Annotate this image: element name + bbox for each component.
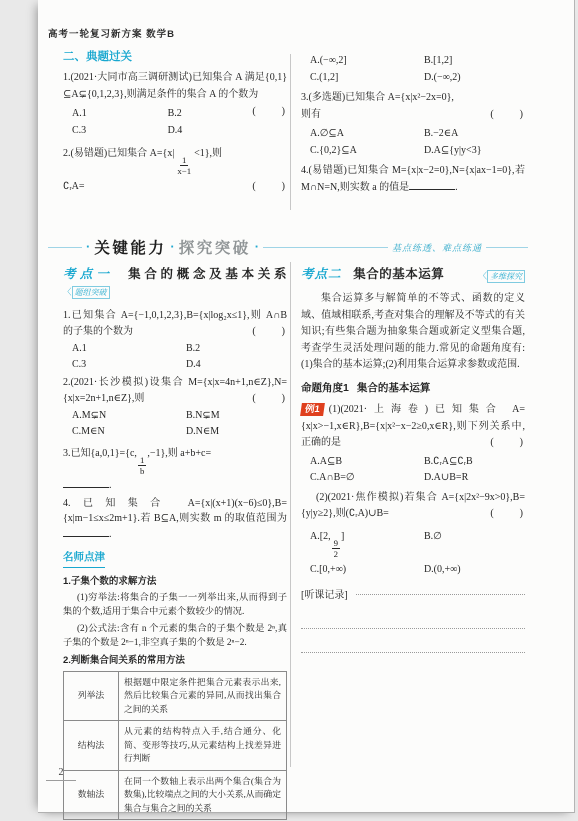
kd1-question-3-answer-line: . xyxy=(63,478,287,494)
listening-notes-row: [听课记录] xyxy=(301,588,525,605)
option-d: D.(0,+∞) xyxy=(424,562,525,579)
option-b: B.2 xyxy=(186,341,287,357)
option-d: D.4 xyxy=(168,122,253,139)
kaodian1-title: 集合的概念及基本关系 xyxy=(128,267,287,281)
answer-paren: ( ) xyxy=(252,178,287,195)
question-1-text: 1.(2021·大同市高三调研测试)已知集合 A 满足{0,1}⊆A⊊{0,1,… xyxy=(63,72,287,100)
fraction-denominator: b xyxy=(138,466,146,476)
answer-blank xyxy=(63,527,109,537)
band-line-middle xyxy=(263,247,388,248)
question-3-options: A.∅⊆A B.−2∈A C.{0,2}⊆A D.A⊆{y|y<3} xyxy=(301,125,525,159)
section1-title: 二、典题过关 xyxy=(63,50,287,64)
kd1-question-1-options: A.1 B.2 C.3 D.4 xyxy=(63,341,287,372)
question-3-line1: 3.(多选题)已知集合 A={x|x²−2x=0}, xyxy=(301,92,454,103)
notes-dotted-line xyxy=(301,652,525,653)
example-badge: 例1 xyxy=(300,403,325,416)
option-d: D.4 xyxy=(186,357,287,373)
band-tagline: 基点练透、难点练通 xyxy=(392,241,482,254)
fraction: 1b xyxy=(138,455,146,476)
mingshi-heading-1: 1.子集个数的求解方法 xyxy=(63,574,287,589)
set-open: {x| xyxy=(163,148,175,159)
band-line-left xyxy=(48,247,82,248)
answer-paren: ( ) xyxy=(490,435,525,452)
kaodian1-label: 考点一 xyxy=(63,267,113,281)
answer-paren: ( ) xyxy=(252,391,287,407)
option-a: A.1 xyxy=(72,341,186,357)
kaodian1-column: 考点一 集合的概念及基本关系 〈题组突破 1.已知集合 A={−1,0,1,2,… xyxy=(63,266,287,820)
question-3: 3.(多选题)已知集合 A={x|x²−2x=0}, 则有 ( ) xyxy=(301,89,525,123)
kaodian2-intro: 集合运算多与解简单的不等式、函数的定义域、值域相联系,考查对集合的理解及不等式的… xyxy=(301,291,525,374)
option-a: A.A⊆B xyxy=(310,454,424,471)
option-c: C.[0,+∞) xyxy=(310,562,424,579)
option-b: B.−2∈A xyxy=(424,125,525,142)
complement-expression: ∁ᵣA= xyxy=(63,181,85,192)
question-2-options: A.(−∞,2] B.[1,2] C.(1,2] D.(−∞,2) xyxy=(301,52,525,86)
method-name: 结构法 xyxy=(64,721,119,771)
mingti-angle-heading: 命题角度1集合的基本运算 xyxy=(301,380,525,397)
band-dot: · xyxy=(255,242,259,252)
period: . xyxy=(109,529,112,540)
section1-right-column: A.(−∞,2] B.[1,2] C.(1,2] D.(−∞,2) 3.(多选题… xyxy=(301,52,525,198)
question-2-pre: 2.(易错题)已知集合 A= xyxy=(63,148,163,159)
question-2: 2.(易错题)已知集合 A={x|1x−1<1},则 xyxy=(63,142,287,176)
table-row: 数轴法 在同一个数轴上表示出两个集合(集合为数集),比较端点之间的大小关系,从而… xyxy=(64,770,287,820)
question-1: 1.(2021·大同市高三调研测试)已知集合 A 满足{0,1}⊆A⊊{0,1,… xyxy=(63,69,287,103)
option-b: B.[1,2] xyxy=(424,52,525,69)
section-band: · 关键能力 · 探究突破 · 基点练透、难点练通 xyxy=(48,236,528,258)
kd1-question-4: 4.已知集合 A={x|(x+1)(x−6)≤0},B={x|m−1≤x≤2m+… xyxy=(63,496,287,543)
band-dot: · xyxy=(170,242,174,252)
page-number: 2 xyxy=(46,767,76,781)
method-desc: 根据题中限定条件把集合元素表示出来,然后比较集合元素的异同,从而找出集合之间的关… xyxy=(119,671,287,721)
angle-label: 命题角度1 xyxy=(301,382,349,394)
option-c: C.3 xyxy=(72,122,168,139)
example-1-part1: 例1(1)(2021·上海卷)已知集合 A={x|x>−1,x∈R},B={x|… xyxy=(301,402,525,452)
fraction-numerator: 1 xyxy=(138,455,146,466)
kd1-question-1: 1.已知集合 A={−1,0,1,2,3},B={x|log₂x≤1},则 A∩… xyxy=(63,308,287,339)
answer-paren: ( ) xyxy=(490,106,525,123)
page-header: 高考一轮复习新方案 数学B xyxy=(48,26,175,40)
kaodian2-badge: 〈多维探究 xyxy=(478,268,525,285)
kd1-question-2-options: A.M⊊N B.N⊊M C.M∈N D.N∈M xyxy=(63,408,287,439)
method-desc: 从元素的结构特点入手,结合通分、化简、变形等技巧,从元素结构上找差异进行判断 xyxy=(119,721,287,771)
fraction: 1x−1 xyxy=(175,155,193,176)
option-d: D.N∈M xyxy=(186,424,287,440)
answer-paren: ( ) xyxy=(252,103,287,120)
answer-blank xyxy=(63,478,109,488)
option-b: B.∁ᵣA⊆∁ᵣB xyxy=(424,454,525,471)
mingshi-heading-2: 2.判断集合间关系的常用方法 xyxy=(63,653,287,668)
question-2-post: <1},则 xyxy=(194,148,222,159)
column-divider-top xyxy=(290,54,291,210)
option-a: A.1 xyxy=(72,105,168,122)
period: . xyxy=(455,182,458,193)
badge-angle-icon: 〈 xyxy=(478,271,487,281)
period: . xyxy=(109,480,112,491)
option-c: C.{0,2}⊆A xyxy=(310,142,424,159)
option-c: C.M∈N xyxy=(72,424,186,440)
listening-label: [听课记录] xyxy=(301,588,348,605)
section1-left-column: 二、典题过关 1.(2021·大同市高三调研测试)已知集合 A 满足{0,1}⊆… xyxy=(63,50,287,197)
option-d: D.(−∞,2) xyxy=(424,69,525,86)
method-desc: 在同一个数轴上表示出两个集合(集合为数集),比较端点之间的大小关系,从而确定集合… xyxy=(119,770,287,820)
table-row: 列举法 根据题中限定条件把集合元素表示出来,然后比较集合元素的异同,从而找出集合… xyxy=(64,671,287,721)
option-b: B.∅ xyxy=(424,525,525,559)
band-title-sub: 探究突破 xyxy=(179,236,251,258)
kaodian2-header: 〈多维探究 考点二 集合的基本运算 xyxy=(301,266,525,284)
option-a: A.∅⊆A xyxy=(310,125,424,142)
option-b: B.2 xyxy=(168,105,253,122)
fraction-numerator: 1 xyxy=(180,155,188,166)
answer-paren: ( ) xyxy=(252,324,287,340)
question-4: 4.(易错题)已知集合 M={x|x−2=0},N={x|ax−1=0},若 M… xyxy=(301,162,525,196)
mingshi-block: 名师点津 1.子集个数的求解方法 (1)穷举法:将集合的子集一一列举出来,从而得… xyxy=(63,544,287,820)
method-name: 列举法 xyxy=(64,671,119,721)
option-c: C.A∩B=∅ xyxy=(310,470,424,487)
notes-dotted-line xyxy=(356,594,525,595)
fraction: 92 xyxy=(332,538,340,559)
option-a: A.M⊊N xyxy=(72,408,186,424)
option-d: D.A∪B=R xyxy=(424,470,525,487)
option-c: C.3 xyxy=(72,357,186,373)
kd1-question-2: 2.(2021·长沙模拟)设集合 M={x|x=4n+1,n∈Z},N={x|x… xyxy=(63,375,287,406)
mingshi-title: 名师点津 xyxy=(63,550,105,568)
option-a: A.[2,92] xyxy=(310,525,424,559)
option-b: B.N⊊M xyxy=(186,408,287,424)
textbook-page: 高考一轮复习新方案 数学B 二、典题过关 1.(2021·大同市高三调研测试)已… xyxy=(38,0,575,813)
column-divider-bottom xyxy=(290,262,291,767)
option-c: C.(1,2] xyxy=(310,69,424,86)
mingshi-paragraph-2: (2)公式法:含有 n 个元素的集合的子集个数是 2ⁿ,真子集的个数是 2ⁿ−1… xyxy=(63,622,287,651)
kaodian1-header: 考点一 集合的概念及基本关系 〈题组突破 xyxy=(63,266,287,301)
fraction-denominator: x−1 xyxy=(175,166,193,176)
example-part1-options: A.A⊆B B.∁ᵣA⊆∁ᵣB C.A∩B=∅ D.A∪B=R xyxy=(301,454,525,487)
example-part2-options-row1: A.[2,92] B.∅ xyxy=(301,525,525,559)
mingshi-paragraph-1: (1)穷举法:将集合的子集一一列举出来,从而得到子集的个数,适用于集合中元素个数… xyxy=(63,591,287,620)
badge-angle-icon: 〈 xyxy=(63,287,72,297)
angle-title: 集合的基本运算 xyxy=(357,382,431,394)
set-open: {c, xyxy=(125,448,137,459)
notes-dotted-line xyxy=(301,628,525,629)
option-a: A.(−∞,2] xyxy=(310,52,424,69)
kaodian2-title: 集合的基本运算 xyxy=(353,267,444,281)
example-part2-options-row2: C.[0,+∞) D.(0,+∞) xyxy=(301,562,525,579)
answer-blank xyxy=(409,180,455,190)
question-1-options: A.1 B.2 C.3 D.4 xyxy=(63,105,252,139)
option-d: D.A⊆{y|y<3} xyxy=(424,142,525,159)
band-title-main: 关键能力 xyxy=(94,236,166,258)
answer-paren: ( ) xyxy=(475,506,525,523)
question-2-line2: ∁ᵣA= ( ) xyxy=(63,178,287,195)
kd1-question-3-pre: 3.已知{a,0,1}= xyxy=(63,448,125,459)
question-3-line2: 则有 xyxy=(301,109,321,120)
band-line-right xyxy=(486,247,528,248)
kd1-question-3: 3.已知{a,0,1}={c,1b,−1},则 a+b+c= xyxy=(63,442,287,476)
kd1-question-3-post: ,−1},则 a+b+c= xyxy=(147,448,211,459)
table-row: 结构法 从元素的结构特点入手,结合通分、化简、变形等技巧,从元素结构上找差异进行… xyxy=(64,721,287,771)
fraction-numerator: 9 xyxy=(332,538,340,549)
kd1-question-4-text: 4.已知集合 A={x|(x+1)(x−6)≤0},B={x|m−1≤x≤2m+… xyxy=(63,498,287,525)
kaodian2-column: 〈多维探究 考点二 集合的基本运算 集合运算多与解简单的不等式、函数的定义域、值… xyxy=(301,266,525,653)
band-dot: · xyxy=(86,242,90,252)
methods-table: 列举法 根据题中限定条件把集合元素表示出来,然后比较集合元素的异同,从而找出集合… xyxy=(63,671,287,821)
fraction-denominator: 2 xyxy=(332,549,340,559)
example-1-part2: (2)(2021·焦作模拟)若集合 A={x|2x²−9x>0},B={y|y≥… xyxy=(301,490,525,523)
kaodian2-label: 考点二 xyxy=(301,267,342,281)
kaodian1-badge: 〈题组突破 xyxy=(63,287,110,298)
